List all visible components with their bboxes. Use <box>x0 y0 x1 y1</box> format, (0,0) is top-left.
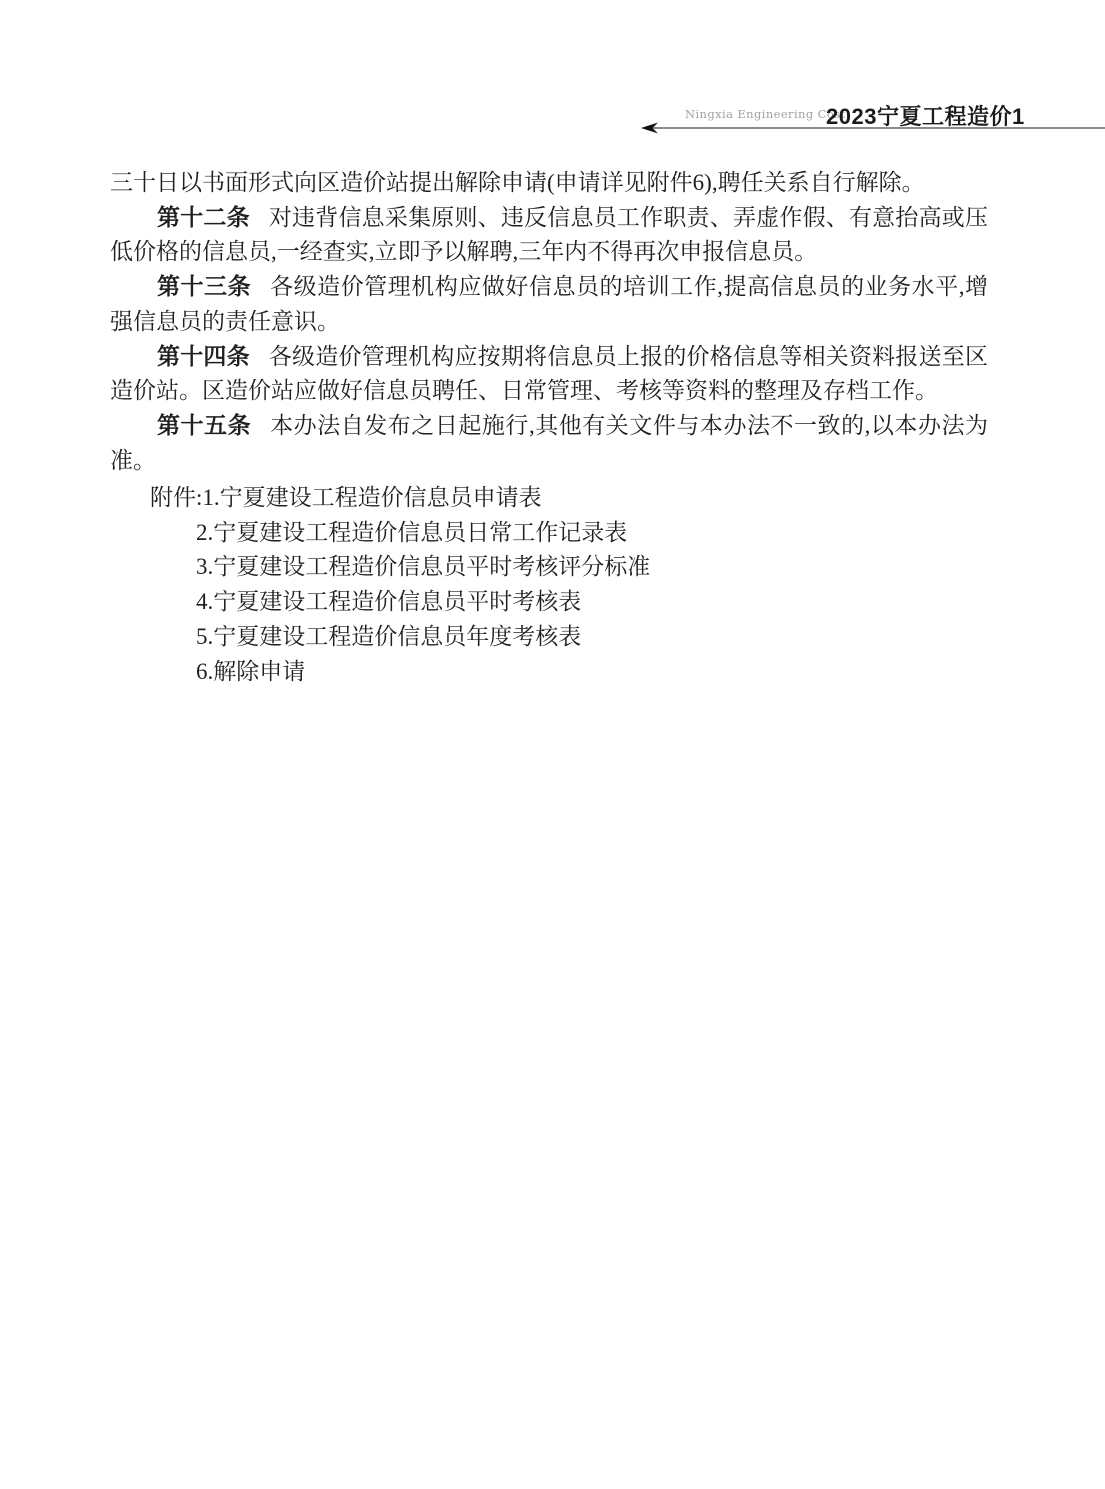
journal-name-english: Ningxia Engineering Cost <box>685 107 846 121</box>
header-rule <box>648 127 1105 129</box>
article-14-number: 第十四条 <box>157 344 250 369</box>
article-12: 第十二条对违背信息采集原则、违反信息员工作职责、弄虚作假、有意抬高或压低价格的信… <box>110 201 988 270</box>
attachment-item-6: 6.解除申请 <box>150 655 650 690</box>
attachment-item-1: 附件:1.宁夏建设工程造价信息员申请表 <box>150 481 650 516</box>
document-body: 三十日以书面形式向区造价站提出解除申请(申请详见附件6),聘任关系自行解除。 第… <box>110 166 988 478</box>
document-page: Ningxia Engineering Cost 2023宁夏工程造价1 三十日… <box>0 0 1105 1489</box>
left-arrow-icon <box>641 122 659 134</box>
article-12-number: 第十二条 <box>157 205 250 230</box>
article-15-number: 第十五条 <box>157 413 251 438</box>
article-15: 第十五条本办法自发布之日起施行,其他有关文件与本办法不一致的,以本办法为准。 <box>110 409 988 478</box>
attachments-list: 附件:1.宁夏建设工程造价信息员申请表 2.宁夏建设工程造价信息员日常工作记录表… <box>150 481 650 689</box>
paragraph-continuation: 三十日以书面形式向区造价站提出解除申请(申请详见附件6),聘任关系自行解除。 <box>110 166 988 201</box>
attachment-item-4: 4.宁夏建设工程造价信息员平时考核表 <box>150 585 650 620</box>
article-13-number: 第十三条 <box>157 274 251 299</box>
article-14: 第十四条各级造价管理机构应按期将信息员上报的价格信息等相关资料报送至区造价站。区… <box>110 340 988 409</box>
attachment-item-2: 2.宁夏建设工程造价信息员日常工作记录表 <box>150 516 650 551</box>
article-13: 第十三条各级造价管理机构应做好信息员的培训工作,提高信息员的业务水平,增强信息员… <box>110 270 988 339</box>
attachment-item-3: 3.宁夏建设工程造价信息员平时考核评分标准 <box>150 550 650 585</box>
attachment-item-5: 5.宁夏建设工程造价信息员年度考核表 <box>150 620 650 655</box>
attachment-item-1-text: 1.宁夏建设工程造价信息员申请表 <box>202 485 541 510</box>
attachments-label: 附件: <box>150 485 202 510</box>
